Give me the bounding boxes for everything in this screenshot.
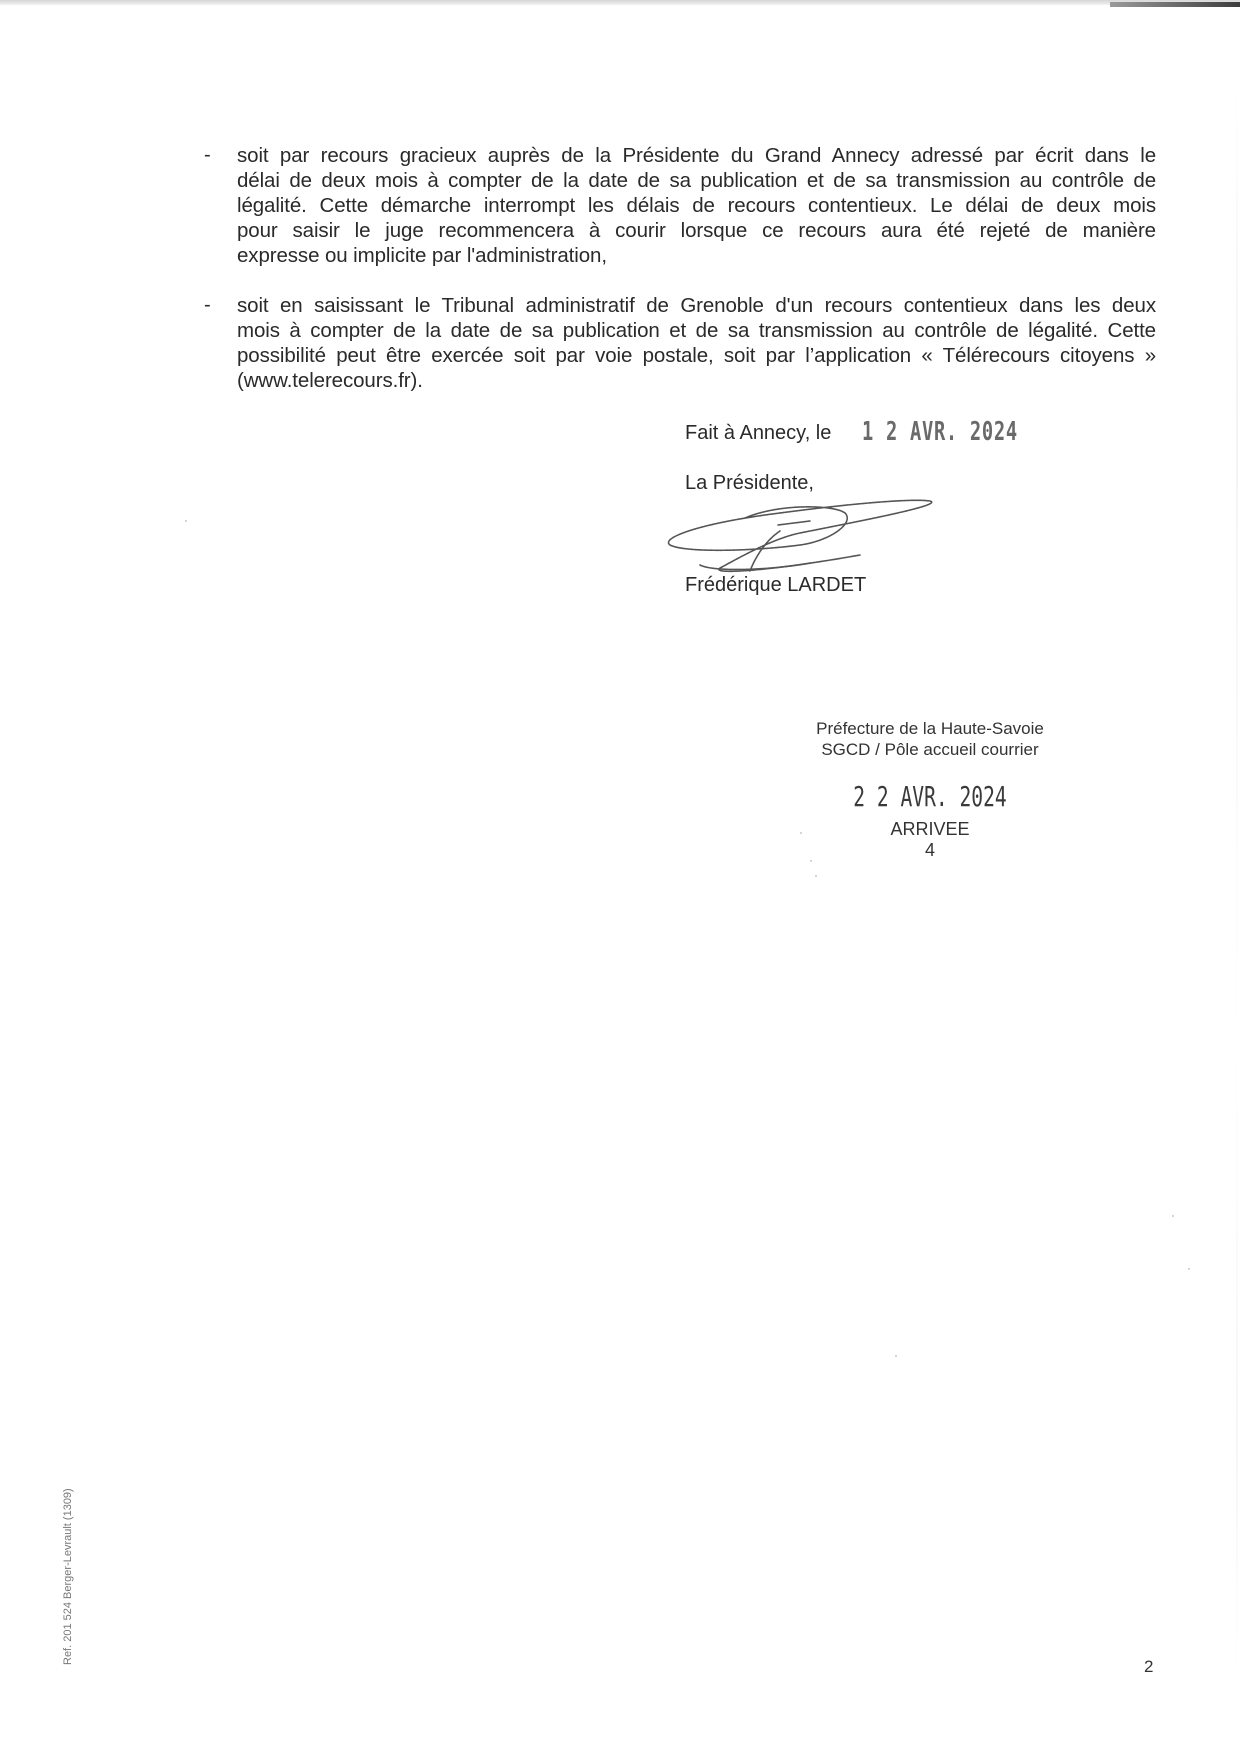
text-line: soit en saisissant le Tribunal administr… xyxy=(237,293,1156,318)
text-line: expresse ou implicite par l'administrati… xyxy=(237,243,1156,268)
text-line: possibilité peut être exercée soit par v… xyxy=(237,343,1156,368)
prefecture-reception-stamp: Préfecture de la Haute-Savoie SGCD / Pôl… xyxy=(790,718,1070,860)
text-line: mois à compter de la date de sa publicat… xyxy=(237,318,1156,343)
scan-speck xyxy=(1188,1268,1190,1270)
appeal-option-contentious: - soit en saisissant le Tribunal adminis… xyxy=(204,293,1156,393)
scan-speck xyxy=(800,832,802,834)
text-line: (www.telerecours.fr). xyxy=(237,368,1156,393)
handwritten-signature-icon xyxy=(660,483,950,583)
text-line: légalité. Cette démarche interrompt les … xyxy=(237,193,1156,218)
stamp-department: SGCD / Pôle accueil courrier xyxy=(790,739,1070,760)
scan-corner-shadow xyxy=(1110,2,1240,7)
appeal-options-list: - soit par recours gracieux auprès de la… xyxy=(204,143,1156,418)
text-line: soit par recours gracieux auprès de la P… xyxy=(237,143,1156,168)
place-text: Fait à Annecy, le xyxy=(685,418,831,448)
date-stamp: 1 2 AVR. 2024 xyxy=(862,417,1018,447)
text-line: pour saisir le juge recommencera à couri… xyxy=(237,218,1156,243)
scan-right-shadow xyxy=(1236,80,1238,1680)
scan-speck xyxy=(895,1355,897,1357)
page-number: 2 xyxy=(1144,1657,1153,1677)
appeal-option-gracious: - soit par recours gracieux auprès de la… xyxy=(204,143,1156,268)
scan-speck xyxy=(810,860,812,862)
stamp-date: 2 2 AVR. 2024 xyxy=(832,782,1028,812)
bullet-dash: - xyxy=(204,143,237,268)
text-line: délai de deux mois à compter de la date … xyxy=(237,168,1156,193)
stamp-status: ARRIVEE xyxy=(790,818,1070,840)
margin-reference: Ref. 201 524 Berger-Levrault (1309) xyxy=(62,1488,74,1665)
appeal-option-text: soit en saisissant le Tribunal administr… xyxy=(237,293,1156,393)
scan-speck xyxy=(815,875,817,877)
scan-speck xyxy=(185,520,187,522)
bullet-dash: - xyxy=(204,293,237,393)
stamp-authority: Préfecture de la Haute-Savoie xyxy=(790,718,1070,739)
signatory-name: Frédérique LARDET xyxy=(685,570,866,600)
stamp-number: 4 xyxy=(790,840,1070,860)
scan-top-edge xyxy=(0,0,1240,5)
scan-speck xyxy=(1172,1215,1174,1217)
appeal-option-text: soit par recours gracieux auprès de la P… xyxy=(237,143,1156,268)
